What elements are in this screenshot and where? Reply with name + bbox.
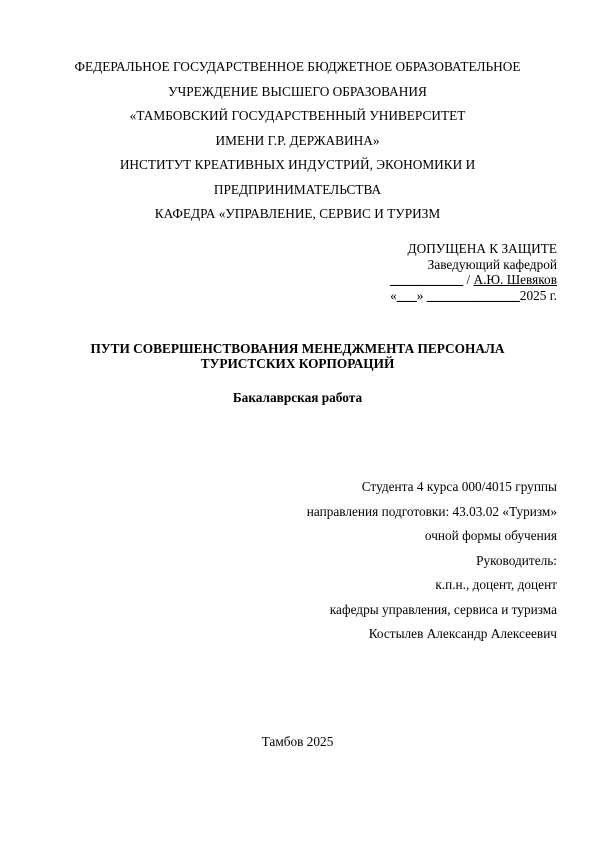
header-line: УЧРЕЖДЕНИЕ ВЫСШЕГО ОБРАЗОВАНИЯ (0, 80, 595, 105)
header-line: ФЕДЕРАЛЬНОЕ ГОСУДАРСТВЕННОЕ БЮДЖЕТНОЕ ОБ… (0, 55, 595, 80)
signature-separator: / (463, 272, 473, 287)
day-blank: ___ (397, 288, 417, 303)
study-form: очной формы обучения (307, 524, 557, 549)
header-line: КАФЕДРА «УПРАВЛЕНИЕ, СЕРВИС И ТУРИЗМ (0, 202, 595, 227)
approval-block: ДОПУЩЕНА К ЗАЩИТЕ Заведующий кафедрой __… (390, 241, 557, 303)
header-line: ИМЕНИ Г.Р. ДЕРЖАВИНА» (0, 129, 595, 154)
date-quote-open: « (390, 288, 397, 303)
admitted-to-defense: ДОПУЩЕНА К ЗАЩИТЕ (390, 241, 557, 257)
institution-header: ФЕДЕРАЛЬНОЕ ГОСУДАРСТВЕННОЕ БЮДЖЕТНОЕ ОБ… (0, 55, 595, 227)
student-course-group: Студента 4 курса 000/4015 группы (307, 475, 557, 500)
supervisor-department: кафедры управления, сервиса и туризма (307, 598, 557, 623)
date-line: «___» ______________2025 г. (390, 288, 557, 304)
header-line: ПРЕДПРИНИМАТЕЛЬСТВА (0, 178, 595, 203)
supervisor-degree: к.п.н., доцент, доцент (307, 573, 557, 598)
student-info-block: Студента 4 курса 000/4015 группы направл… (307, 475, 557, 647)
thesis-title-line: ПУТИ СОВЕРШЕНСТВОВАНИЯ МЕНЕДЖМЕНТА ПЕРСО… (0, 341, 595, 356)
city-year: Тамбов 2025 (0, 734, 595, 750)
header-line: «ТАМБОВСКИЙ ГОСУДАРСТВЕННЫЙ УНИВЕРСИТЕТ (0, 104, 595, 129)
supervisor-name: Костылев Александр Алексеевич (307, 622, 557, 647)
approval-year: 2025 г. (520, 288, 557, 303)
signature-blank: ___________ (390, 272, 463, 287)
date-quote-close: » (417, 288, 427, 303)
head-name: А.Ю. Шевяков (474, 272, 558, 287)
document-page: ФЕДЕРАЛЬНОЕ ГОСУДАРСТВЕННОЕ БЮДЖЕТНОЕ ОБ… (0, 0, 595, 841)
thesis-title: ПУТИ СОВЕРШЕНСТВОВАНИЯ МЕНЕДЖМЕНТА ПЕРСО… (0, 341, 595, 371)
work-type: Бакалаврская работа (0, 390, 595, 405)
head-of-department-label: Заведующий кафедрой (390, 257, 557, 273)
study-direction: направления подготовки: 43.03.02 «Туризм… (307, 500, 557, 525)
header-line: ИНСТИТУТ КРЕАТИВНЫХ ИНДУСТРИЙ, ЭКОНОМИКИ… (0, 153, 595, 178)
signature-line: ___________ / А.Ю. Шевяков (390, 272, 557, 288)
supervisor-label: Руководитель: (307, 549, 557, 574)
month-blank: ______________ (427, 288, 520, 303)
thesis-title-line: ТУРИСТСКИХ КОРПОРАЦИЙ (0, 356, 595, 371)
